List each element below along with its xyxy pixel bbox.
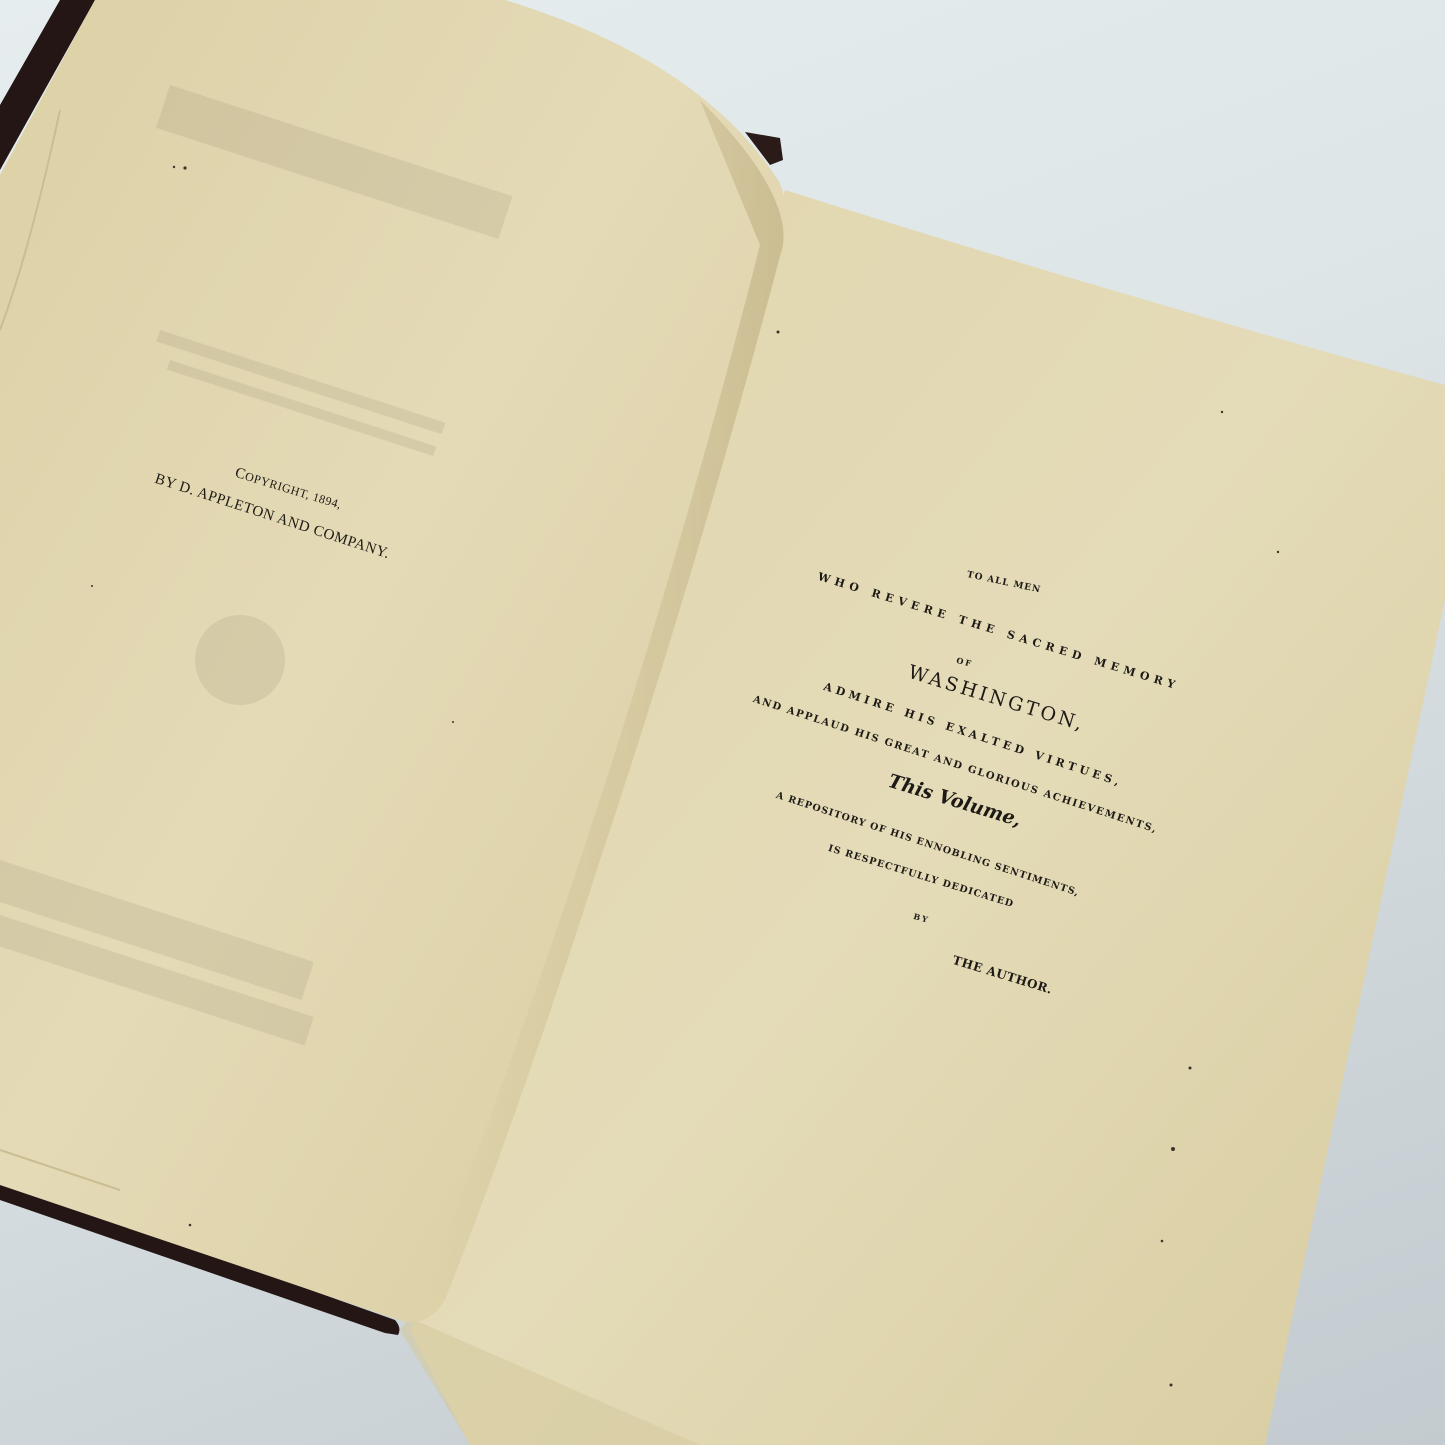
book-photo: COPYRIGHT, 1894, BY D. APPLETON AND COMP… bbox=[0, 0, 1445, 1445]
open-book-illustration bbox=[0, 0, 1445, 1445]
